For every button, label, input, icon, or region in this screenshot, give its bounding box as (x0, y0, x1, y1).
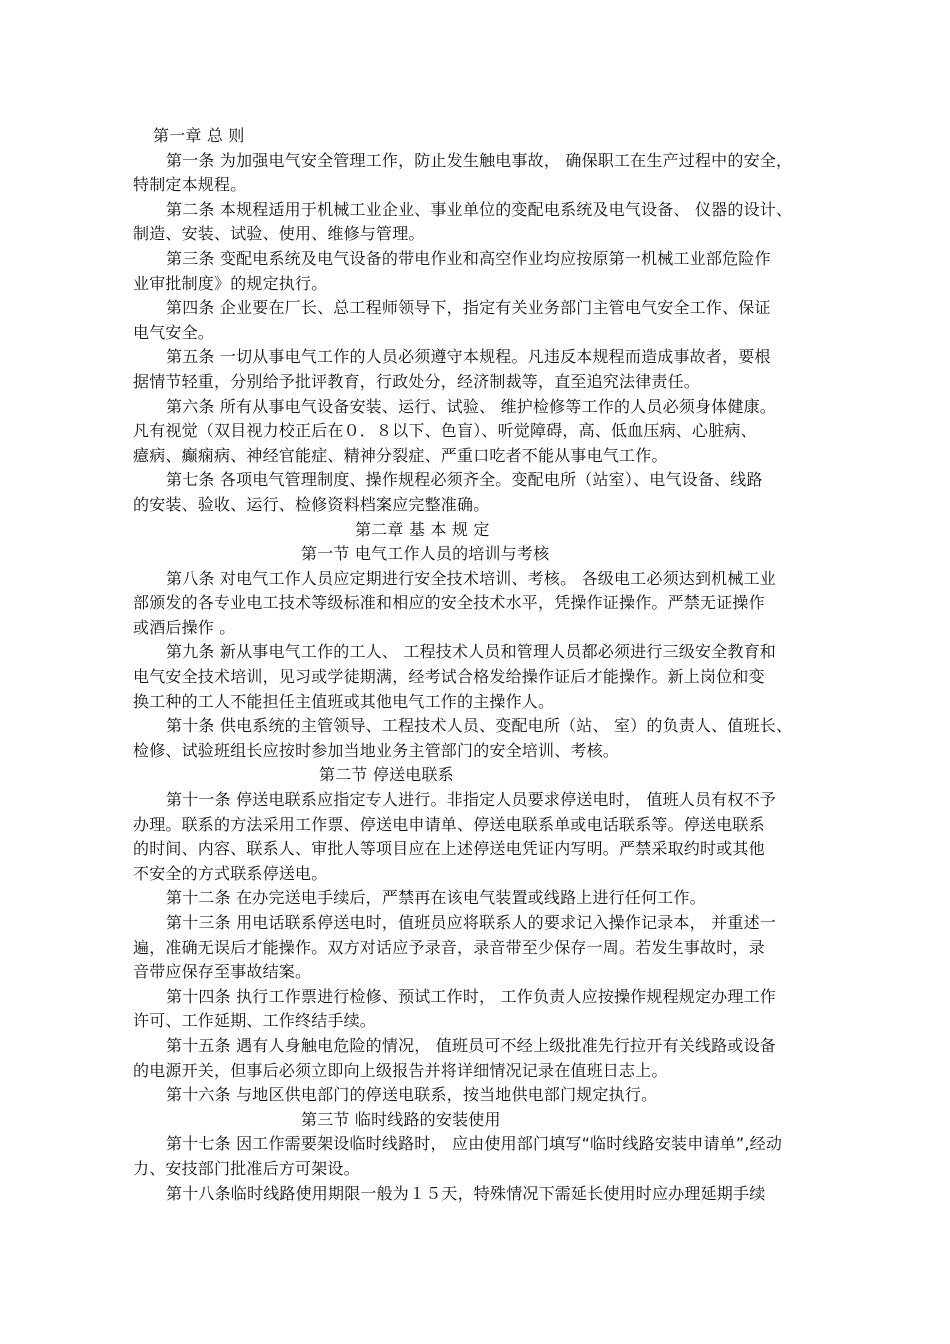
article-line: 第七条 各项电气管理制度、操作规程必须齐全。变配电所（站室）、电气设备、线路 (133, 468, 813, 493)
article-line: 业审批制度》的规定执行。 (133, 272, 813, 297)
article-line: 部颁发的各专业电工技术等级标准和相应的安全技术水平，凭操作证操作。严禁无证操作 (133, 591, 813, 616)
article-4: 第四条 企业要在厂长、总工程师领导下，指定有关业务部门主管电气安全工作、保证 电… (133, 296, 813, 345)
article-line: 或酒后操作 。 (133, 616, 813, 641)
article-line: 遍，准确无误后才能操作。双方对话应予录音，录音带至少保存一周。若发生事故时，录 (133, 936, 813, 961)
article-16: 第十六条 与地区供电部门的停送电联系，按当地供电部门规定执行。 (133, 1083, 813, 1108)
article-line: 第十四条 执行工作票进行检修、预试工作时， 工作负责人应按操作规程规定办理工作 (133, 985, 813, 1010)
article-line: 第十八条临时线路使用期限一般为１５天，特殊情况下需延长使用时应办理延期手续 (133, 1182, 813, 1207)
section-title: 第三节 临时线路的安装使用 (133, 1108, 813, 1133)
article-17: 第十七条 因工作需要架设临时线路时， 应由使用部门填写“临时线路安装申请单”,经… (133, 1132, 813, 1181)
article-line: 第十条 供电系统的主管领导、工程技术人员、变配电所（站、 室）的负责人、值班长、 (133, 714, 813, 739)
article-line: 癔病、癫痫病、神经官能症、精神分裂症、严重口吃者不能从事电气工作。 (133, 444, 813, 469)
article-2: 第二条 本规程适用于机械工业企业、事业单位的变配电系统及电气设备、 仪器的设计、… (133, 198, 813, 247)
article-line: 力、安技部门批准后方可架设。 (133, 1157, 813, 1182)
article-line: 第十二条 在办完送电手续后，严禁再在该电气装置或线路上进行任何工作。 (133, 886, 813, 911)
article-15: 第十五条 遇有人身触电危险的情况， 值班员可不经上级批准先行拉开有关线路或设备 … (133, 1034, 813, 1083)
article-line: 第十六条 与地区供电部门的停送电联系，按当地供电部门规定执行。 (133, 1083, 813, 1108)
article-8: 第八条 对电气工作人员应定期进行安全技术培训、考核。 各级电工必须达到机械工业 … (133, 567, 813, 641)
article-line: 第二条 本规程适用于机械工业企业、事业单位的变配电系统及电气设备、 仪器的设计、 (133, 198, 813, 223)
article-13: 第十三条 用电话联系停送电时，值班员应将联系人的要求记入操作记录本， 并重述一 … (133, 911, 813, 985)
article-line: 检修、试验班组长应按时参加当地业务主管部门的安全培训、考核。 (133, 739, 813, 764)
article-line: 不安全的方式联系停送电。 (133, 862, 813, 887)
article-18: 第十八条临时线路使用期限一般为１５天，特殊情况下需延长使用时应办理延期手续 (133, 1182, 813, 1207)
article-line: 凡有视觉（双目视力校正后在０．８以下、色盲）、听觉障碍，高、低血压病、心脏病、 (133, 419, 813, 444)
article-line: 音带应保存至事故结案。 (133, 960, 813, 985)
article-line: 第六条 所有从事电气设备安装、运行、试验、 维护检修等工作的人员必须身体健康。 (133, 395, 813, 420)
article-line: 第十一条 停送电联系应指定专人进行。非指定人员要求停送电时， 值班人员有权不予 (133, 788, 813, 813)
chapter-title: 第二章 基 本 规 定 (133, 518, 813, 543)
article-line: 制造、安装、试验、使用、维修与管理。 (133, 222, 813, 247)
article-3: 第三条 变配电系统及电气设备的带电作业和高空作业均应按原第一机械工业部危险作 业… (133, 247, 813, 296)
article-11: 第十一条 停送电联系应指定专人进行。非指定人员要求停送电时， 值班人员有权不予 … (133, 788, 813, 886)
article-line: 电气安全。 (133, 321, 813, 346)
document-page: 第一章 总 则 第一条 为加强电气安全管理工作，防止发生触电事故， 确保职工在生… (133, 124, 813, 1206)
article-line: 换工种的工人不能担任主值班或其他电气工作的主操作人。 (133, 690, 813, 715)
article-line: 的电源开关，但事后必须立即向上级报告并将详细情况记录在值班日志上。 (133, 1059, 813, 1084)
article-line: 第三条 变配电系统及电气设备的带电作业和高空作业均应按原第一机械工业部危险作 (133, 247, 813, 272)
article-14: 第十四条 执行工作票进行检修、预试工作时， 工作负责人应按操作规程规定办理工作 … (133, 985, 813, 1034)
article-10: 第十条 供电系统的主管领导、工程技术人员、变配电所（站、 室）的负责人、值班长、… (133, 714, 813, 763)
article-line: 的安装、验收、运行、检修资料档案应完整准确。 (133, 493, 813, 518)
article-line: 第五条 一切从事电气工作的人员必须遵守本规程。凡违反本规程而造成事故者，要根 (133, 345, 813, 370)
article-line: 第十七条 因工作需要架设临时线路时， 应由使用部门填写“临时线路安装申请单”,经… (133, 1132, 813, 1157)
article-line: 第一条 为加强电气安全管理工作，防止发生触电事故， 确保职工在生产过程中的安全， (133, 149, 813, 174)
section-title: 第二节 停送电联系 (133, 763, 813, 788)
article-line: 电气安全技术培训，见习或学徒期满，经考试合格发给操作证后才能操作。新上岗位和变 (133, 665, 813, 690)
article-line: 的时间、内容、联系人、审批人等项目应在上述停送电凭证内写明。严禁采取约时或其他 (133, 837, 813, 862)
article-line: 第四条 企业要在厂长、总工程师领导下，指定有关业务部门主管电气安全工作、保证 (133, 296, 813, 321)
article-5: 第五条 一切从事电气工作的人员必须遵守本规程。凡违反本规程而造成事故者，要根 据… (133, 345, 813, 394)
article-6: 第六条 所有从事电气设备安装、运行、试验、 维护检修等工作的人员必须身体健康。 … (133, 395, 813, 469)
article-12: 第十二条 在办完送电手续后，严禁再在该电气装置或线路上进行任何工作。 (133, 886, 813, 911)
article-1: 第一条 为加强电气安全管理工作，防止发生触电事故， 确保职工在生产过程中的安全，… (133, 149, 813, 198)
article-line: 第十三条 用电话联系停送电时，值班员应将联系人的要求记入操作记录本， 并重述一 (133, 911, 813, 936)
article-line: 特制定本规程。 (133, 173, 813, 198)
article-line: 第十五条 遇有人身触电危险的情况， 值班员可不经上级批准先行拉开有关线路或设备 (133, 1034, 813, 1059)
article-line: 第九条 新从事电气工作的工人、 工程技术人员和管理人员都必须进行三级安全教育和 (133, 640, 813, 665)
article-7: 第七条 各项电气管理制度、操作规程必须齐全。变配电所（站室）、电气设备、线路 的… (133, 468, 813, 517)
article-line: 第八条 对电气工作人员应定期进行安全技术培训、考核。 各级电工必须达到机械工业 (133, 567, 813, 592)
chapter-title: 第一章 总 则 (133, 124, 813, 149)
section-title: 第一节 电气工作人员的培训与考核 (133, 542, 813, 567)
article-line: 据情节轻重，分别给予批评教育，行政处分，经济制裁等，直至追究法律责任。 (133, 370, 813, 395)
article-9: 第九条 新从事电气工作的工人、 工程技术人员和管理人员都必须进行三级安全教育和 … (133, 640, 813, 714)
article-line: 办理。联系的方法采用工作票、停送电申请单、停送电联系单或电话联系等。停送电联系 (133, 813, 813, 838)
article-line: 许可、工作延期、工作终结手续。 (133, 1009, 813, 1034)
